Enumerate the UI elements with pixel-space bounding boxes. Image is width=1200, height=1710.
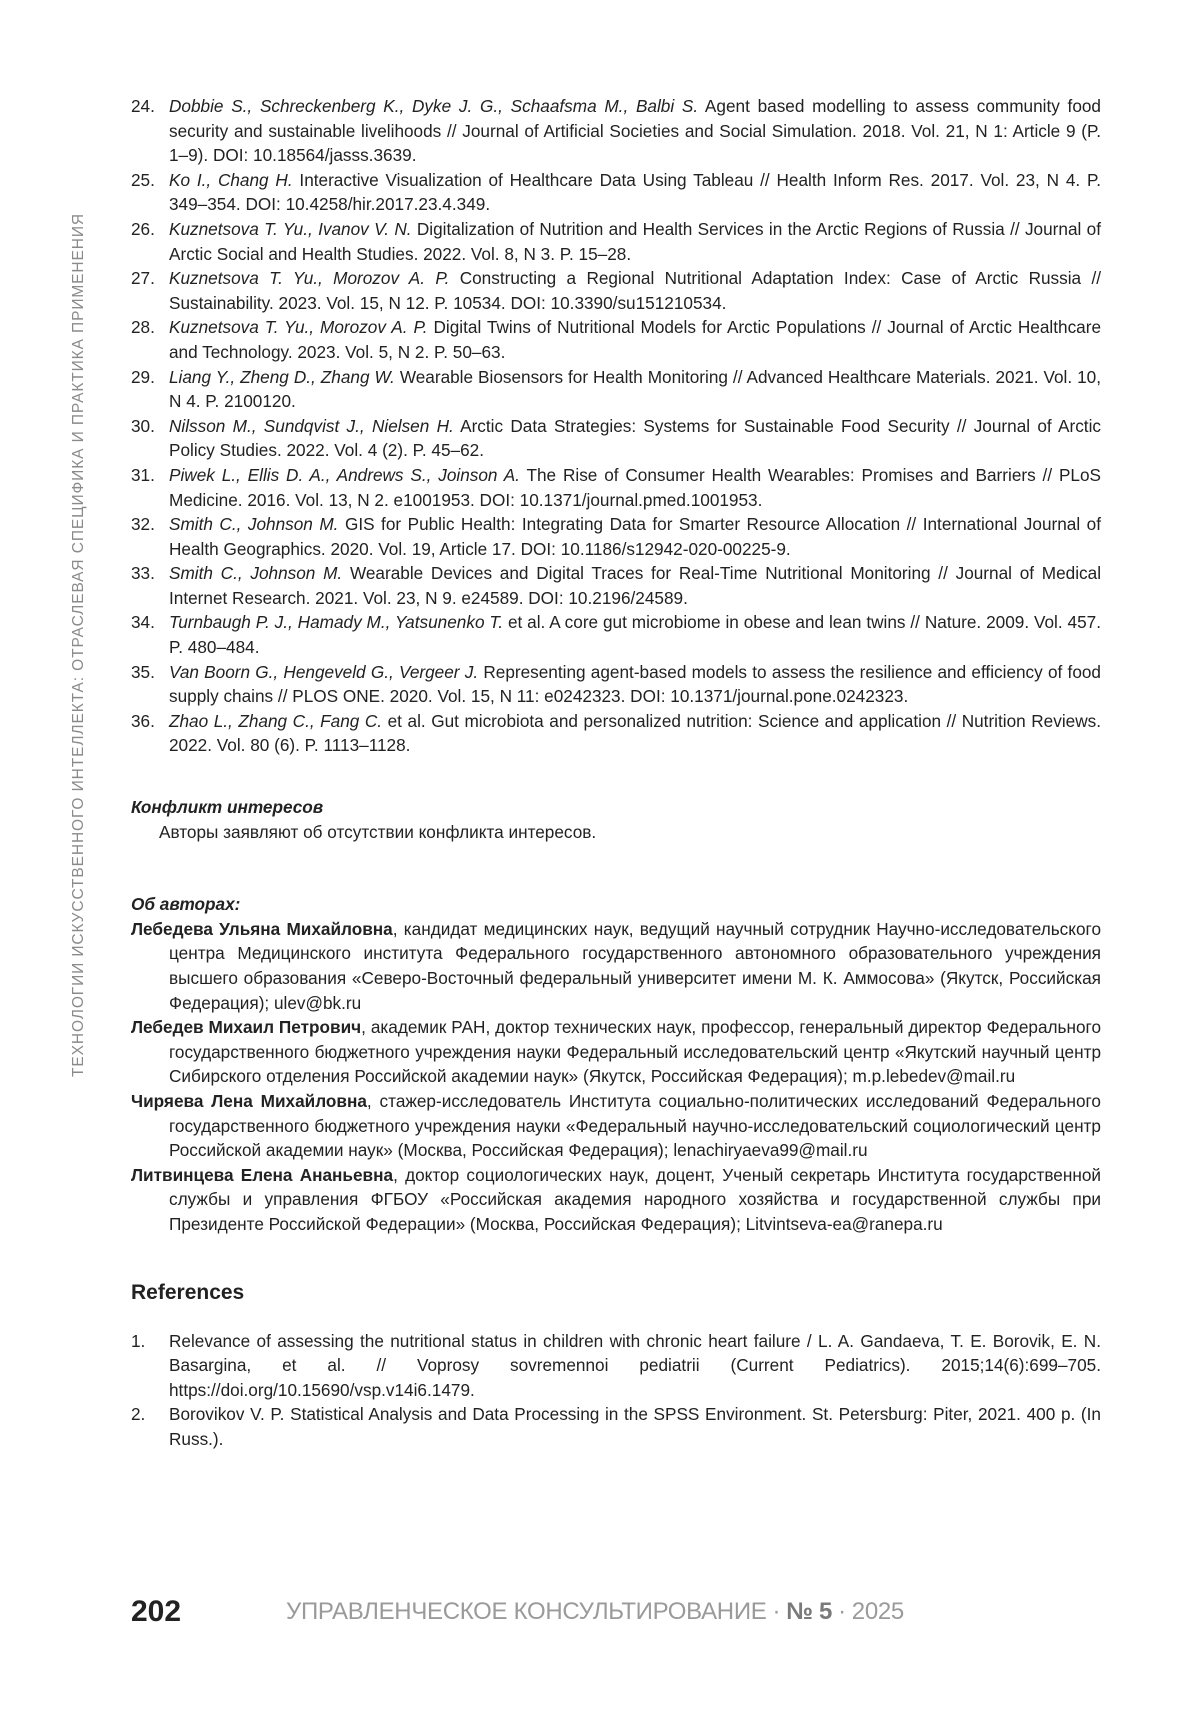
conflict-text: Авторы заявляют об отсутствии конфликта … [131,820,1101,845]
author-name: Лебедев Михаил Петрович [131,1017,361,1037]
reference-number: 30. [131,414,155,439]
reference-authors: Smith C., Johnson M. [169,514,338,534]
reference-text: Interactive Visualization of Healthcare … [169,170,1101,215]
reference-list-en: 1.Relevance of assessing the nutritional… [131,1329,1101,1452]
references-heading: References [131,1279,1101,1307]
page-number: 202 [131,1595,286,1629]
reference-text: Borovikov V. P. Statistical Analysis and… [169,1404,1101,1449]
reference-item: 29.Liang Y., Zheng D., Zhang W. Wearable… [131,365,1101,414]
reference-number: 34. [131,610,155,635]
reference-number: 1. [131,1329,145,1354]
reference-number: 31. [131,463,155,488]
reference-authors: Van Boorn G., Hengeveld G., Vergeer J. [169,662,478,682]
reference-item: 25.Ko I., Chang H. Interactive Visualiza… [131,168,1101,217]
running-header-vertical: ТЕХНОЛОГИИ ИСКУССТВЕННОГО ИНТЕЛЛЕКТА: ОТ… [64,85,94,1205]
reference-number: 25. [131,168,155,193]
reference-item: 33.Smith C., Johnson M. Wearable Devices… [131,561,1101,610]
page-content: 24.Dobbie S., Schreckenberg K., Dyke J. … [131,94,1101,1452]
author-entry: Чиряева Лена Михайловна, стажер-исследов… [131,1089,1101,1163]
separator-dot: · [773,1598,781,1625]
about-authors-section: Об авторах: Лебедева Ульяна Михайловна, … [131,892,1101,1236]
reference-authors: Ko I., Chang H. [169,170,293,190]
reference-authors: Smith C., Johnson M. [169,563,342,583]
reference-item: 34.Turnbaugh P. J., Hamady M., Yatsunenk… [131,610,1101,659]
reference-item: 32.Smith C., Johnson M. GIS for Public H… [131,512,1101,561]
reference-authors: Liang Y., Zheng D., Zhang W. [169,367,395,387]
reference-authors: Piwek L., Ellis D. A., Andrews S., Joins… [169,465,520,485]
issue-number: № 5 [786,1598,832,1625]
reference-number: 27. [131,266,155,291]
reference-number: 36. [131,709,155,734]
reference-item: 27.Kuznetsova T. Yu., Morozov A. P. Cons… [131,266,1101,315]
page-footer: 202 УПРАВЛЕНЧЕСКОЕ КОНСУЛЬТИРОВАНИЕ·№ 5·… [131,1592,1031,1632]
reference-authors: Turnbaugh P. J., Hamady M., Yatsunenko T… [169,612,503,632]
reference-authors: Zhao L., Zhang C., Fang C. [169,711,382,731]
reference-item: 35.Van Boorn G., Hengeveld G., Vergeer J… [131,660,1101,709]
reference-list-ru: 24.Dobbie S., Schreckenberg K., Dyke J. … [131,94,1101,758]
reference-item: 2.Borovikov V. P. Statistical Analysis a… [131,1402,1101,1451]
section-title: ТЕХНОЛОГИИ ИСКУССТВЕННОГО ИНТЕЛЛЕКТА: ОТ… [70,213,88,1077]
issue-year: 2025 [852,1598,904,1625]
reference-item: 24.Dobbie S., Schreckenberg K., Dyke J. … [131,94,1101,168]
author-entry: Лебедева Ульяна Михайловна, кандидат мед… [131,917,1101,1015]
reference-item: 31.Piwek L., Ellis D. A., Andrews S., Jo… [131,463,1101,512]
reference-item: 36.Zhao L., Zhang C., Fang C. et al. Gut… [131,709,1101,758]
reference-item: 26.Kuznetsova T. Yu., Ivanov V. N. Digit… [131,217,1101,266]
reference-authors: Kuznetsova T. Yu., Morozov A. P. [169,317,428,337]
journal-info: УПРАВЛЕНЧЕСКОЕ КОНСУЛЬТИРОВАНИЕ·№ 5·2025 [286,1598,904,1626]
reference-item: 30.Nilsson M., Sundqvist J., Nielsen H. … [131,414,1101,463]
reference-number: 32. [131,512,155,537]
conflict-heading: Конфликт интересов [131,795,1101,820]
reference-authors: Nilsson M., Sundqvist J., Nielsen H. [169,416,454,436]
author-name: Лебедева Ульяна Михайловна [131,919,393,939]
reference-number: 24. [131,94,155,119]
author-name: Литвинцева Елена Ананьевна [131,1165,393,1185]
reference-number: 26. [131,217,155,242]
reference-number: 2. [131,1402,145,1427]
reference-authors: Kuznetsova T. Yu., Ivanov V. N. [169,219,412,239]
author-entry: Лебедев Михаил Петрович, академик РАН, д… [131,1015,1101,1089]
reference-text: Relevance of assessing the nutritional s… [169,1331,1101,1400]
reference-number: 29. [131,365,155,390]
reference-number: 28. [131,315,155,340]
reference-authors: Dobbie S., Schreckenberg K., Dyke J. G.,… [169,96,698,116]
about-heading: Об авторах: [131,892,1101,917]
reference-authors: Kuznetsova T. Yu., Morozov A. P. [169,268,449,288]
reference-number: 33. [131,561,155,586]
author-name: Чиряева Лена Михайловна [131,1091,367,1111]
reference-item: 1.Relevance of assessing the nutritional… [131,1329,1101,1403]
reference-item: 28.Kuznetsova T. Yu., Morozov A. P. Digi… [131,315,1101,364]
journal-name: УПРАВЛЕНЧЕСКОЕ КОНСУЛЬТИРОВАНИЕ [286,1598,767,1625]
conflict-of-interest-section: Конфликт интересов Авторы заявляют об от… [131,795,1101,844]
author-entry: Литвинцева Елена Ананьевна, доктор социо… [131,1163,1101,1237]
separator-dot: · [838,1598,846,1625]
reference-number: 35. [131,660,155,685]
